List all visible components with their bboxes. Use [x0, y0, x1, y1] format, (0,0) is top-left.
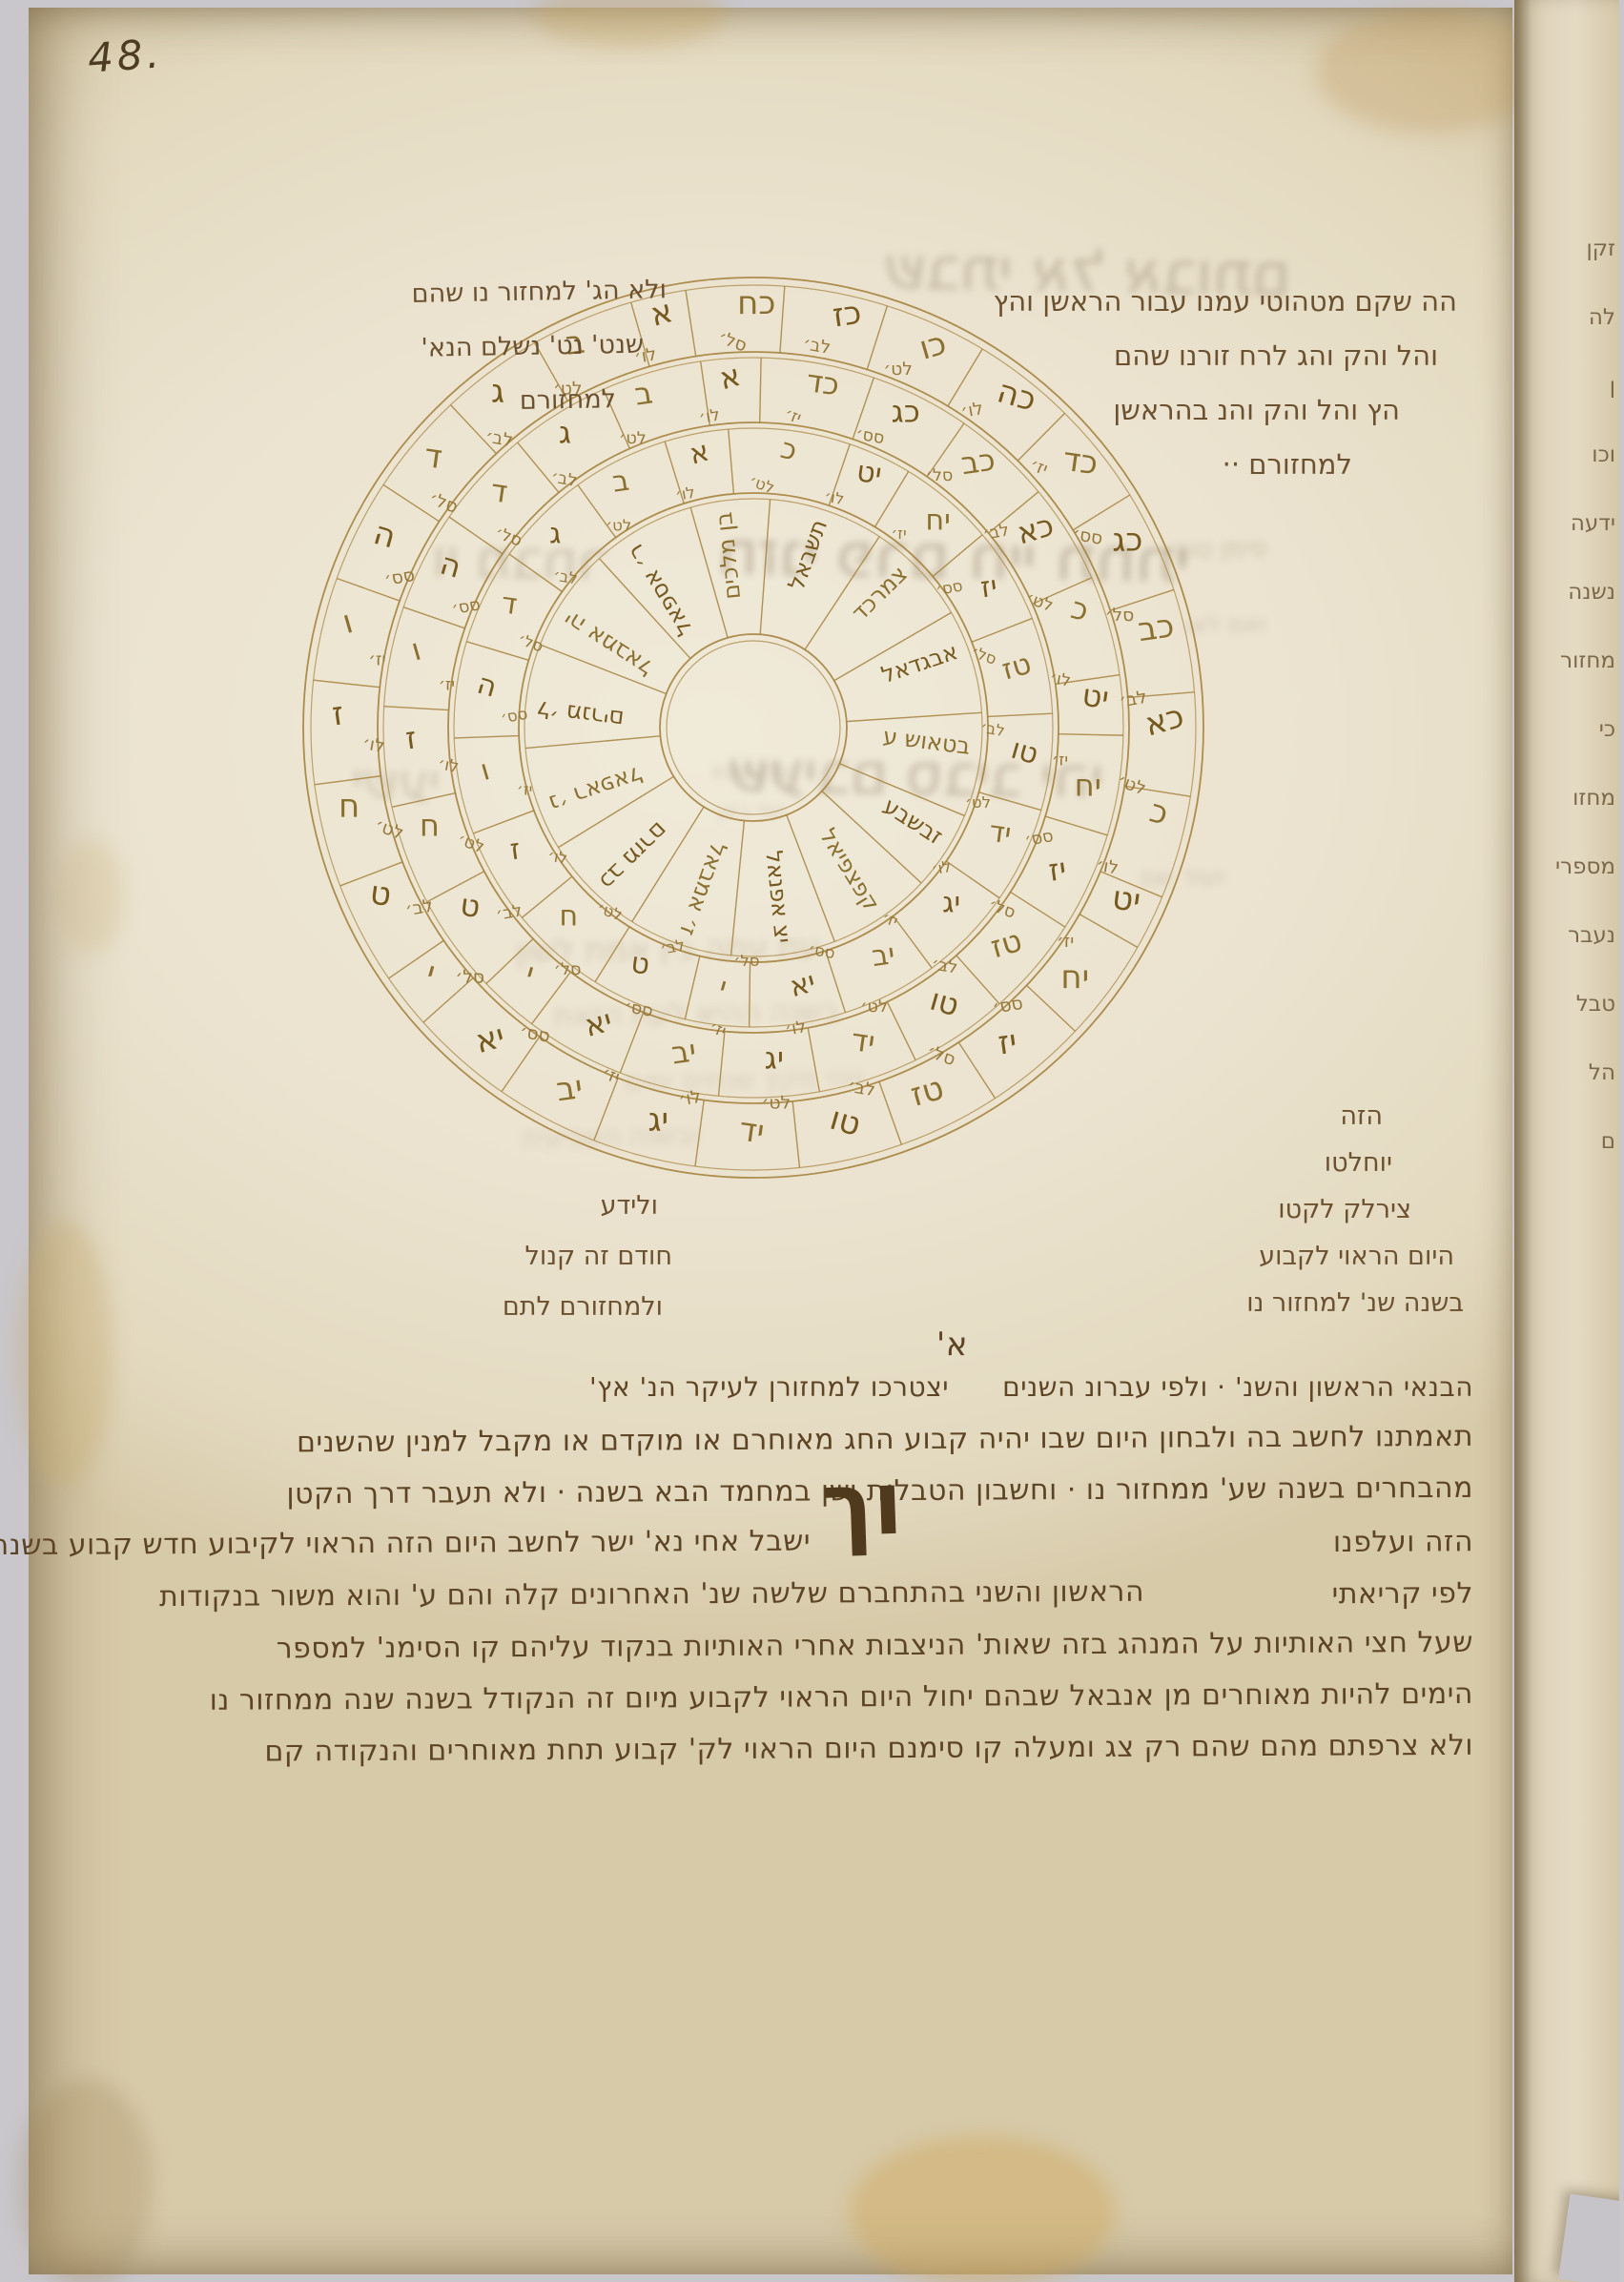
- wheel-ring3-letter-mark: יז׳: [517, 781, 532, 799]
- wheel-ring3-letter: יז: [978, 569, 999, 605]
- wheel-ring3-letter: י: [715, 971, 730, 1004]
- wheel-inner-name: אבגדאל: [878, 638, 961, 689]
- wheel-inner-name-group: קפצפיאל: [814, 824, 885, 916]
- wheel-outer-ring-letter-mark: יז׳: [1027, 455, 1050, 480]
- wheel-inner-name: ז׳ אמבאל: [674, 839, 732, 939]
- wheel-spoke: [1018, 413, 1064, 461]
- wheel-outer-ring-letter-mark: סס׳: [518, 1022, 551, 1047]
- wheel-ring2-letter-mark: יז׳: [707, 1018, 729, 1042]
- wheel-inner-name: זבשבע: [878, 792, 947, 850]
- wheel-ring3-letter-mark: סס׳: [807, 940, 836, 963]
- annotation-line: למחזורם: [363, 372, 617, 431]
- annotation-line: הזה: [1240, 1093, 1383, 1140]
- wheel-inner-name-group: בטאוש ע: [882, 723, 972, 760]
- manuscript-photo: זקןלהןוכוידעהנשנהמחזורכימחזומספרינעברטבל…: [0, 0, 1624, 2282]
- wheel-inner-name-group: כב מזרם: [594, 817, 673, 895]
- wheel-spoke: [454, 736, 519, 738]
- wheel-spoke: [1059, 734, 1123, 735]
- wheel-spoke: [948, 349, 982, 406]
- paragraph-line-3-left: ישבל אחי נא' ישר לחשב היום הזה הראוי לקי…: [315, 1525, 811, 1561]
- stain-mid-left: [57, 839, 124, 954]
- wheel-ring2-letter-mark: לו׳: [1048, 668, 1072, 691]
- wheel-ring3-letter: ג: [549, 517, 561, 550]
- wheel-ring3-letter: יא: [786, 965, 819, 1004]
- wheel-ring3-letter-mark: יז׳: [891, 524, 906, 543]
- wheel-inner-name: נ׳ ראפאל: [545, 761, 646, 817]
- annotation-line: ולא הג' למחזור נו שהם: [361, 262, 668, 322]
- wheel-ring2-letter-mark: לו׳: [697, 405, 721, 428]
- wheel-outer-ring-letter-mark: לט׳: [1115, 771, 1149, 799]
- wheel-ring2-letter-mark: לב׳: [930, 955, 959, 977]
- wheel-outer-ring-letter: כח: [737, 284, 775, 322]
- wheel-spoke: [887, 1002, 915, 1060]
- wheel-outer-ring-letter: טז: [907, 1069, 949, 1115]
- wheel-inner-name: יצ אפנאל: [760, 850, 796, 945]
- wheel-outer-ring-letter-mark: יז׳: [1057, 932, 1074, 952]
- wheel-spoke: [314, 680, 380, 688]
- adjacent-folio-word: זקן: [1586, 236, 1615, 261]
- wheel-outer-ring-letter: ד: [421, 437, 444, 477]
- stain-top-right: [1316, 10, 1545, 134]
- wheel-ring3-letter: ב: [610, 464, 631, 500]
- wheel-ring3-letter: ו: [477, 753, 494, 788]
- wheel-ring2-letter: כא: [1013, 506, 1058, 551]
- wheel-ring-circle: [383, 358, 1123, 1098]
- paragraph-line-4-left: הראשון והשני בהתחברם שלשה שנ' האחרונים ק…: [315, 1575, 1144, 1614]
- wheel-inner-name-group: יצ אפנאל: [760, 850, 796, 945]
- annotation-line: שנט' נט' נשלם הנא': [362, 318, 645, 377]
- wheel-spoke: [532, 972, 571, 1023]
- wheel-outer-ring-letter: יט: [1110, 878, 1143, 920]
- wheel-spoke: [731, 821, 745, 956]
- wheel-ring-circle: [378, 352, 1129, 1103]
- annotation-line: יוחלטו: [1240, 1140, 1392, 1186]
- adjacent-folio-word: הל: [1589, 1060, 1615, 1085]
- wheel-ring3-letter-mark: לו׳: [930, 857, 953, 878]
- wheel-spoke: [792, 1101, 799, 1168]
- wheel-outer-ring-letter-mark: לו׳: [1095, 855, 1120, 879]
- adjacent-folio-word: מספרי: [1555, 854, 1615, 879]
- wheel-outer-ring-letter-mark: סל׳: [1105, 606, 1135, 626]
- wheel-outer-ring-letter: י: [422, 954, 440, 993]
- wheel-outer-ring-letter: ו: [339, 603, 358, 642]
- wheel-outer-ring-letter-mark: סס׳: [991, 994, 1024, 1018]
- paragraph-line: הימים להיות מאוחרים מן אנבאל שבהם יחול ה…: [334, 1677, 1473, 1717]
- wheel-ring3-letter-mark: סל׳: [734, 952, 760, 970]
- wheel-inner-name: כב מזרם: [594, 817, 673, 895]
- wheel-inner-name-group: ל׳ מנרים: [535, 695, 626, 732]
- wheel-ring2-letter: יא: [580, 1002, 616, 1044]
- wheel-ring3-letter-mark: סל׳: [515, 629, 545, 655]
- folio-number: 48.: [86, 30, 164, 81]
- wheel-ring3-letter: ד: [499, 586, 519, 622]
- wheel-spoke: [595, 927, 629, 982]
- wheel-ring2-letter-mark: לו׳: [436, 754, 460, 777]
- stain-bottom-left-corner: [19, 2079, 153, 2282]
- wheel-outer-ring-letter: ט: [367, 874, 393, 915]
- adjacent-folio-word: מחזור: [1560, 648, 1615, 673]
- wheel-ring3-letter: טו: [1007, 732, 1041, 771]
- wheel-outer-ring-letter: כה: [993, 372, 1040, 420]
- wheel-inner-name: קפצפיאל: [814, 824, 885, 916]
- annotation-line: הץ והל והק והנ בהראשן: [1076, 383, 1400, 438]
- adjacent-folio-word: נשנה: [1568, 580, 1615, 605]
- wheel-ring2-letter-mark: לט׳: [619, 429, 647, 448]
- aleph-note: א': [911, 1326, 968, 1364]
- wheel-inner-name-group: יה אמבאל: [559, 606, 657, 682]
- wheel-outer-ring-letter: כב: [1136, 606, 1177, 649]
- wheel-ring2-letter: ז: [403, 719, 419, 756]
- wheel-ring3-letter: א: [686, 434, 713, 471]
- wheel-outer-ring-letter: יז: [996, 1022, 1019, 1062]
- wheel-ring2-letter-mark: סל׳: [554, 960, 582, 979]
- wheel-ring2-letter: ו: [407, 631, 425, 668]
- wheel-spoke: [956, 956, 999, 1004]
- wheel-inner-name: בן מלכים: [710, 511, 746, 601]
- wheel-ring2-letter: יג: [765, 1039, 784, 1076]
- wheel-outer-ring-letter: ה: [369, 514, 400, 557]
- wheel-ring2-letter-mark: לט׳: [860, 997, 888, 1017]
- wheel-inner-name-group: אבגדאל: [878, 638, 961, 689]
- annotation-bottom-left: ולידעחודם זה קנולולמחזורם לתם: [429, 1181, 658, 1332]
- wheel-ring2-letter: טז: [987, 922, 1026, 965]
- wheel-ring2-letter: ה: [436, 545, 465, 586]
- folio-corner-shadow: [1558, 2194, 1624, 2282]
- wheel-ring2-letter: ט: [458, 886, 483, 925]
- wheel-spoke: [473, 811, 534, 833]
- wheel-outer-ring-letter-mark: סל׳: [455, 968, 484, 988]
- wheel-outer-ring-letter-mark: לט׳: [762, 1093, 791, 1113]
- wheel-ring3-letter: יד: [987, 815, 1014, 852]
- wheel-ring2-letter: יד: [849, 1021, 877, 1060]
- wheel-ring3-letter: יח: [926, 504, 951, 537]
- wheel-ring3-letter-mark: לט׳: [965, 793, 991, 812]
- paragraph-line: שעל חצי האותיות על המנהג בזה שאות' הניצב…: [334, 1626, 1473, 1665]
- wheel-ring2-letter-mark: סס׳: [623, 997, 654, 1021]
- paragraph-line: מהבחרים בשנה שע' ממחזור נו · וחשבון הטבל…: [334, 1471, 1473, 1511]
- wheel-spoke: [1011, 892, 1065, 927]
- wheel-spoke: [879, 1081, 901, 1144]
- wheel-spoke: [620, 1013, 643, 1073]
- annotation-line: היום הראוי לקבוע: [1240, 1233, 1454, 1280]
- wheel-outer-ring-letter-mark: לב׳: [403, 896, 434, 921]
- wheel-inner-name: צמרכד: [847, 561, 914, 627]
- adjacent-folio-word: נעבר: [1568, 923, 1615, 948]
- adjacent-folio-word: ן: [1610, 374, 1615, 399]
- annotation-line: והל והק והג לרח זורנו שהם: [1076, 329, 1438, 383]
- wheel-outer-ring-letter-mark: לו׳: [959, 399, 985, 422]
- wheel-outer-ring-letter-mark: לב׳: [846, 1077, 876, 1101]
- wheel-spoke: [1045, 816, 1107, 835]
- wheel-spoke: [933, 535, 982, 577]
- wheel-inner-name-group: בן מלכים: [710, 511, 746, 601]
- wheel-ring-circle: [448, 422, 1059, 1033]
- wheel-ring3-letter: כ: [777, 432, 801, 468]
- wheel-spoke: [958, 1042, 995, 1099]
- wheel-outer-ring-letter: יד: [737, 1110, 767, 1151]
- wheel-ring3-letter-mark: לב׳: [552, 565, 580, 587]
- wheel-ring3-letter: ח: [560, 900, 579, 934]
- wheel-ring2-letter: יט: [1079, 676, 1111, 716]
- wheel-ring2-letter-mark: יז׳: [1052, 750, 1068, 770]
- wheel-ring2-letter: א: [715, 357, 745, 397]
- wheel-inner-name-group: נ׳ ראפאל: [545, 761, 646, 817]
- wheel-spoke: [894, 915, 933, 968]
- wheel-ring2-letter-mark: סס׳: [1023, 827, 1055, 851]
- wheel-inner-name-group: ז׳ אמבאל: [674, 839, 732, 939]
- paragraph-big-word: וך: [820, 1452, 904, 1557]
- wheel-outer-ring-letter: כג: [1112, 522, 1142, 560]
- annotation-line: ולידע: [429, 1181, 658, 1231]
- wheel-outer-ring-letter: כו: [915, 324, 951, 368]
- wheel-ring3-letter: ט: [628, 946, 651, 981]
- wheel-ring-circle: [454, 428, 1053, 1027]
- wheel-spoke: [392, 793, 455, 808]
- wheel-spoke: [695, 1100, 704, 1166]
- wheel-ring2-letter-mark: לב׳: [495, 901, 524, 924]
- wheel-ring2-letter: כג: [892, 394, 920, 430]
- wheel-outer-ring-letter-mark: יז׳: [599, 1063, 622, 1088]
- wheel-outer-ring-letter-mark: יז׳: [368, 649, 385, 669]
- wheel-outer-ring-letter-mark: לט׳: [883, 360, 913, 380]
- wheel-spoke: [760, 358, 761, 422]
- wheel-ring3-letter: יג: [942, 887, 960, 920]
- wheel-spoke: [760, 500, 770, 635]
- wheel-ring2-letter: ד: [488, 472, 510, 510]
- wheel-ring2-letter: טו: [926, 981, 963, 1024]
- adjacent-folio-edge: זקןלהןוכוידעהנשנהמחזורכימחזומספרינעברטבל…: [1514, 0, 1619, 2282]
- paragraph-line: תאמתנו לחשב בה ולבחון היום שבו יהיה קבוע…: [334, 1420, 1473, 1459]
- wheel-inner-name: בטאוש ע: [882, 723, 972, 760]
- wheel-outer-ring-letter-mark: לב׳: [483, 426, 514, 451]
- wheel-inner-name-group: זבשבע: [878, 792, 947, 850]
- paragraph-intro-left: יצטרכו למחזורן לעיקר הנ' אץ': [539, 1371, 949, 1403]
- stain-bottom-center: [849, 2136, 1116, 2282]
- wheel-ring-circle: [667, 641, 840, 814]
- wheel-spoke: [525, 736, 660, 749]
- adjacent-folio-word: וכו: [1592, 442, 1615, 467]
- wheel-ring3-letter-mark: לו׳: [823, 487, 846, 508]
- wheel-outer-ring-letter-mark: סל׳: [426, 488, 461, 517]
- wheel-outer-ring-letter: יב: [554, 1068, 586, 1109]
- wheel-spoke: [729, 429, 734, 494]
- wheel-ring3-letter: יט: [854, 455, 884, 491]
- wheel-inner-name-group: צמרכד: [847, 561, 914, 627]
- wheel-outer-ring-letter-mark: לו׳: [677, 1087, 703, 1111]
- wheel-ring3-letter-mark: לו׳: [674, 483, 697, 504]
- wheel-outer-ring-letter: יח: [1060, 958, 1089, 997]
- annotation-line: הה שקם מטהוטי עמנו עבור הראשן והץ: [1076, 275, 1457, 329]
- wheel-ring2-letter: יז: [1046, 851, 1068, 889]
- wheel-ring2-letter-mark: לב׳: [549, 468, 579, 491]
- wheel-ring2-letter: יב: [669, 1032, 699, 1071]
- wheel-ring2-letter-mark: יז׳: [439, 676, 455, 695]
- wheel-ring2-letter: כד: [804, 362, 841, 402]
- wheel-outer-ring-letter: ז: [330, 694, 346, 733]
- wheel-ring3-letter: יב: [870, 937, 897, 974]
- wheel-spoke: [972, 618, 1032, 642]
- wheel-ring2-letter-mark: לו׳: [784, 1018, 808, 1040]
- wheel-ring3-letter: ה: [473, 668, 500, 705]
- paragraph-line: ולא צרפתם מהם שהם רק צג ומעלה קו סימנם ה…: [334, 1729, 1473, 1768]
- annotation-top-right: הה שקם מטהוטי עמנו עבור הראשן והץוהל והק…: [1076, 275, 1457, 492]
- wheel-ring2-letter-mark: סל׳: [926, 466, 954, 485]
- paragraph-line-4-right: לפי קריאתי: [1283, 1576, 1473, 1611]
- wheel-ring-circle: [660, 634, 847, 821]
- stain-left-edge: [17, 1221, 113, 1488]
- wheel-ring2-letter: ח: [420, 808, 440, 844]
- wheel-spoke: [808, 1028, 819, 1092]
- wheel-outer-ring-letter-mark: לו׳: [360, 733, 386, 757]
- wheel-ring3-letter: ז: [508, 833, 523, 867]
- wheel-outer-ring-letter: יג: [648, 1100, 668, 1139]
- wheel-ring2-letter-mark: לב׳: [981, 521, 1011, 544]
- wheel-inner-name-group: תשבאל: [783, 516, 833, 593]
- wheel-ring3-letter-mark: לב׳: [979, 718, 1007, 740]
- wheel-ring2-letter-mark: לט׳: [1023, 588, 1056, 616]
- adjacent-folio-word: טבל: [1576, 992, 1615, 1017]
- annotation-line: חודם זה קנול: [429, 1231, 672, 1282]
- wheel-ring3-letter-mark: לו׳: [546, 847, 569, 868]
- wheel-inner-name: יה אמבאל: [559, 606, 657, 682]
- paragraph-intro-right: הבנאי הראשון והשנ' · ולפי עברונ השנים: [954, 1371, 1473, 1403]
- wheel-spoke: [384, 707, 449, 710]
- adjacent-folio-word: מחזו: [1573, 786, 1615, 811]
- annotation-line: צירלק לקטו: [1240, 1186, 1411, 1233]
- wheel-outer-ring-letter: כז: [831, 294, 864, 336]
- wheel-ring2-letter: כ: [1067, 589, 1093, 628]
- annotation-line: ולמחזורם לתם: [429, 1282, 663, 1332]
- annotation-line: למחזורם ··: [1076, 438, 1352, 492]
- wheel-spoke: [847, 712, 982, 721]
- wheel-outer-ring-letter: טו: [826, 1100, 865, 1144]
- wheel-ring2-letter: י: [522, 955, 538, 992]
- wheel-spoke: [988, 713, 1053, 716]
- wheel-ring3-letter-mark: לט׳: [606, 517, 631, 535]
- adjacent-folio-word: לה: [1589, 305, 1615, 330]
- annotation-line: בשנה שנ' למחזור נו: [1240, 1280, 1464, 1326]
- wheel-spoke: [686, 290, 696, 356]
- wheel-spoke: [315, 776, 380, 785]
- wheel-outer-ring-letter: כ: [1145, 792, 1172, 833]
- wheel-ring2-letter: כב: [959, 442, 997, 483]
- wheel-outer-ring-letter: יא: [471, 1017, 509, 1061]
- wheel-ring3-letter-mark: לב׳: [659, 936, 687, 958]
- wheel-outer-ring-letter: ח: [339, 787, 360, 825]
- wheel-spoke: [685, 956, 700, 1019]
- wheel-ring3-letter-mark: סס׳: [935, 577, 964, 600]
- adjacent-folio-word: כי: [1599, 717, 1615, 742]
- annotation-bottom-right: הזהיוחלטוצירלק לקטוהיום הראוי לקבועבשנה …: [1240, 1093, 1464, 1326]
- wheel-ring2-letter-mark: סל׳: [492, 524, 524, 551]
- photo-edge: [1619, 0, 1624, 2282]
- adjacent-folio-word: ידעה: [1571, 511, 1615, 536]
- wheel-spoke: [780, 286, 785, 353]
- wheel-spoke: [502, 1037, 540, 1092]
- wheel-ring2-letter-mark: סס׳: [854, 424, 886, 448]
- adjacent-folio-word: ם: [1601, 1129, 1615, 1154]
- wheel-ring2-letter-mark: סס׳: [450, 595, 482, 619]
- wheel-inner-name: תשבאל: [783, 516, 833, 593]
- wheel-ring3-letter: טז: [998, 648, 1035, 688]
- wheel-ring3-letter-mark: יז׳: [879, 908, 900, 930]
- paragraph-line-3-right: הזה ועלפנו: [1187, 1525, 1473, 1560]
- annotation-top-left: ולא הג' למחזור נו שהםשנט' נט' נשלם הנא'ל…: [361, 262, 669, 431]
- wheel-inner-name: ל׳ מנרים: [535, 695, 626, 732]
- wheel-spoke: [750, 962, 750, 1027]
- wheel-ring2-letter: יח: [1075, 767, 1101, 803]
